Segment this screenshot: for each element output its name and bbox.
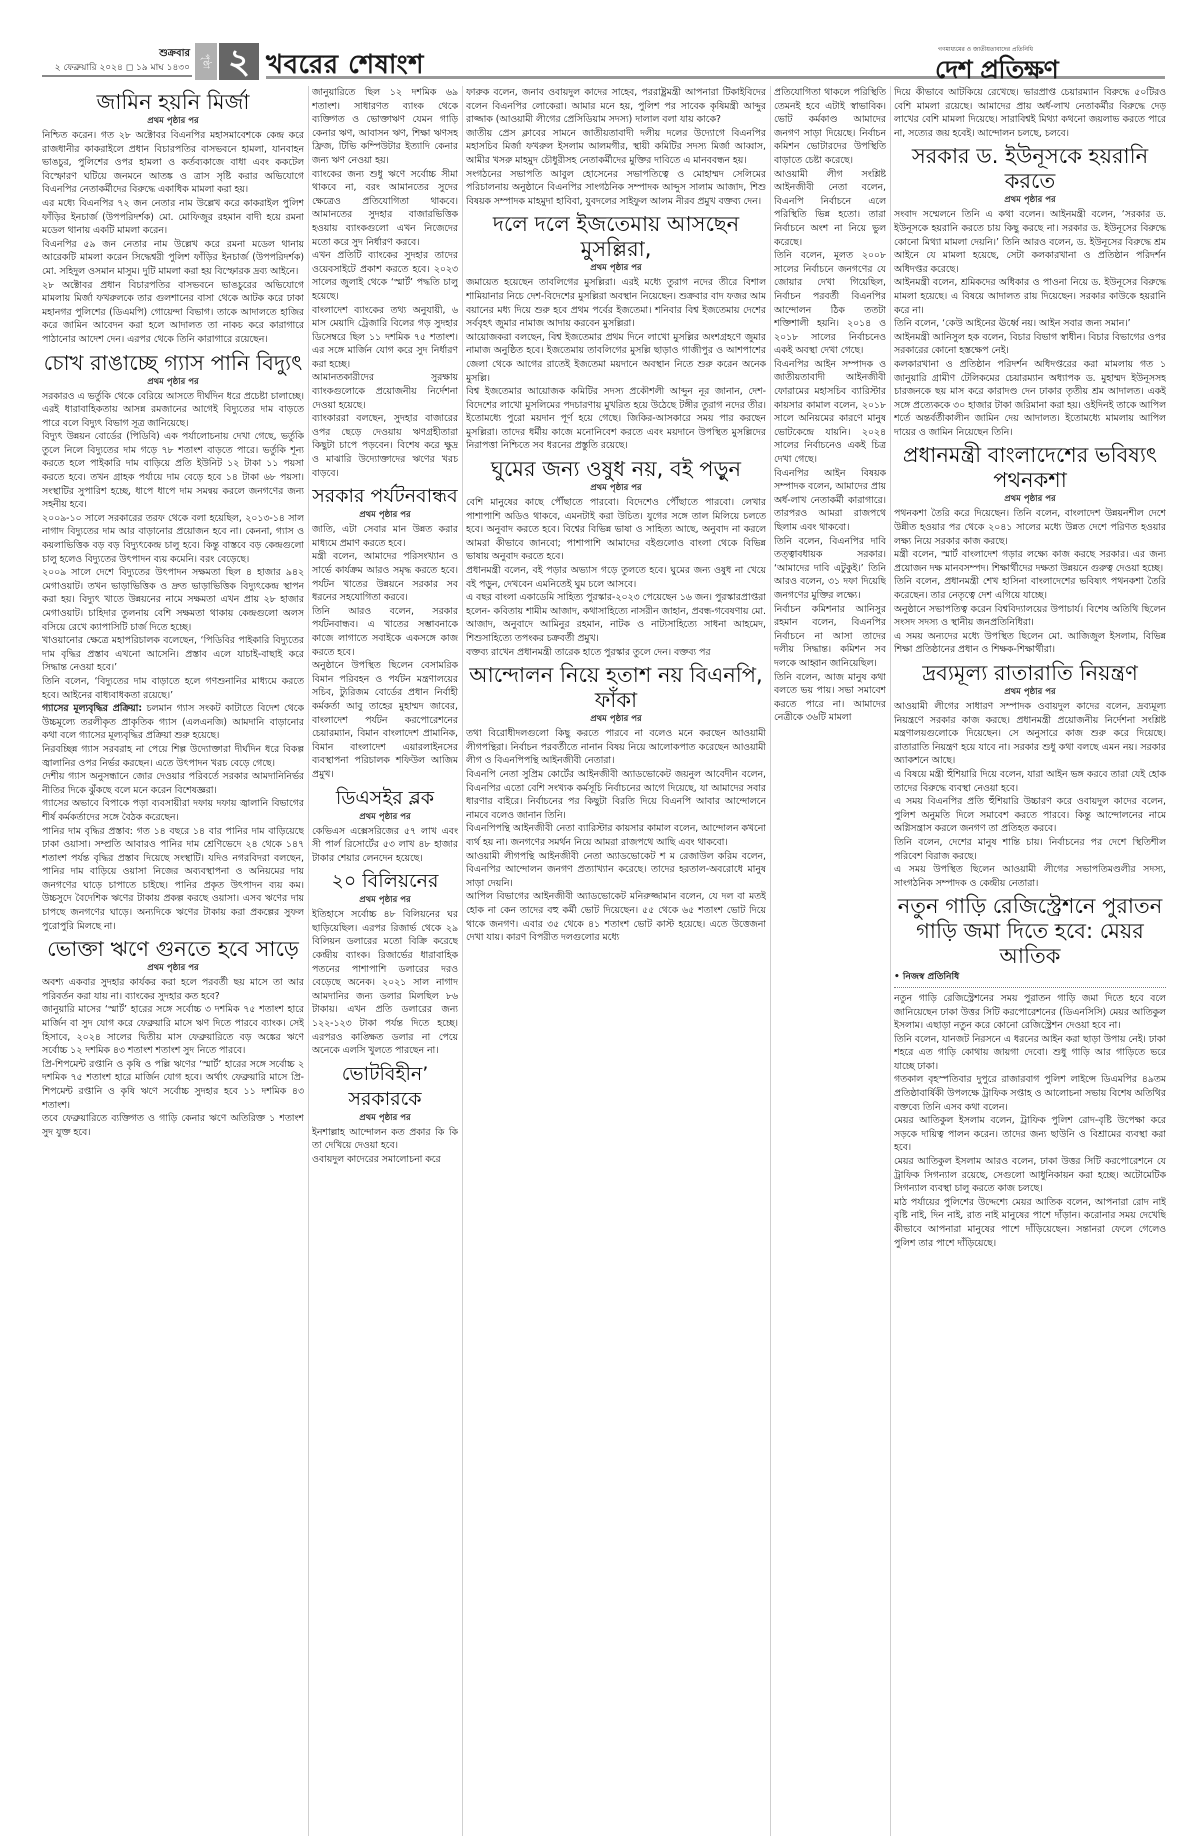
paragraph: তিনি আরও বলেন, সরকার পর্যটনবান্ধব। এ খাত…	[312, 605, 458, 659]
paragraph: প্রধানমন্ত্রী বলেন, বই পড়ার অভ্যাস গড়ে…	[466, 564, 766, 591]
story-prodhanmontri: প্রধানমন্ত্রী বাংলাদেশের ভবিষ্যৎ পথনকশা …	[894, 443, 1166, 657]
paragraph: আপিল বিভাগের আইনজীবী অ্যাডভোকেট মনিরুজ্জ…	[466, 890, 766, 944]
headline: চোখ রাঙাচ্ছে গ্যাস পানি বিদ্যুৎ	[42, 351, 304, 376]
paragraph: বিএনপিপন্থি আইনজীবী নেতা ব্যারিস্টার কায…	[466, 822, 766, 849]
continuation-label: প্রথম পৃষ্ঠার পর	[466, 262, 766, 274]
paragraph: মন্ত্রী বলেন, আমাদের পরিসংখ্যান ও সার্ভে…	[312, 550, 458, 604]
paragraph: তবে ফেব্রুয়ারিতে ব্যক্তিগত ও গাড়ি কেনা…	[42, 1112, 304, 1139]
paragraph: ইনশাল্লাহ আন্দোলন কত প্রকার কি কি তা দেখ…	[312, 1126, 458, 1153]
paragraph: এ বিষয়ে মন্ত্রী হুঁশিয়ারি দিয়ে বলেন, …	[894, 768, 1166, 795]
paragraph: কেভিএস এক্সেসরিজের ৫৭ লাখ এবং সী পার্ল র…	[312, 825, 458, 866]
story-gari: নতুন গাড়ি রেজিস্ট্রেশনে পুরাতন গাড়ি জম…	[894, 894, 1166, 1250]
paragraph: জানুয়ারিতে ছিল ১২ দশমিক ৬৯ শতাংশ। সাধার…	[312, 86, 458, 168]
continuation-label: প্রথম পৃষ্ঠার পর	[894, 194, 1166, 206]
continuation-label: প্রথম পৃষ্ঠার পর	[894, 493, 1166, 505]
column-divider	[770, 86, 771, 1836]
paragraph: নিরবচ্ছিন্ন গ্যাস সরবরাহ না পেয়ে শিল্প …	[42, 743, 304, 770]
paragraph: অবশ্য একবার সুদহার কার্যকর করা হলে পরবর্…	[42, 976, 304, 1003]
paragraph: ওবায়দুল কাদেরের সমালোচনা করে	[312, 1153, 458, 1167]
story-votebihin: ভোটবিহীন’ সরকারকে প্রথম পৃষ্ঠার পর ইনশাল…	[312, 1062, 458, 1167]
paragraph: বাংলাদেশ ব্যাংকের তথ্য অনুযায়ী, ৬ মাস ম…	[312, 304, 458, 372]
continuation-label: প্রথম পৃষ্ঠার পর	[466, 482, 766, 494]
paragraph: খাওয়ানোর ক্ষেত্রে মহাপরিচালক বলেছেন, ‘প…	[42, 634, 304, 675]
section-title: খবরের শেষাংশ	[266, 44, 424, 88]
paragraph: এ সময় অন্যদের মধ্যে উপস্থিত ছিলেন মো. আ…	[894, 630, 1166, 657]
story-mid-top: ফারুক বলেন, জনাব ওবায়দুল কাদের সাহেব, প…	[466, 86, 766, 208]
story-col2: জানুয়ারিতে ছিল ১২ দশমিক ৬৯ শতাংশ। সাধার…	[312, 86, 458, 480]
paragraph: তিনি বলেন, ‘বিদ্যুতের দাম বাড়াতে হলে গণ…	[42, 675, 304, 702]
paragraph: বিশ্ব ইজতেমার আয়োজক কমিটির সদস্য প্রকৌশ…	[466, 385, 766, 453]
headline: নতুন গাড়ি রেজিস্ট্রেশনে পুরাতন গাড়ি জম…	[894, 894, 1166, 969]
subhead: গ্যাসের মূল্যবৃদ্ধির প্রক্রিয়া:	[42, 703, 142, 714]
paragraph: কলকারখানা ও প্রতিষ্ঠান পরিদর্শন অধিদপ্তর…	[894, 358, 1166, 440]
page-number: ২	[219, 43, 259, 80]
page-label: পৃষ্ঠা	[195, 43, 217, 80]
paragraph: জাতি, এটা সেবার মান উন্নত করার মাধ্যমে প…	[312, 523, 458, 550]
story-ijtema: দলে দলে ইজতেমায় আসছেন মুসল্লিরা, প্রথম …	[466, 212, 766, 453]
paragraph: নির্বাচন কমিশনার আনিসুর রহমান বলেন, বিএন…	[774, 603, 886, 671]
headline: দলে দলে ইজতেমায় আসছেন মুসল্লিরা,	[466, 212, 766, 262]
paragraph: আমানতকারীদের সুরক্ষায় ব্যাংকগুলোকে প্রয…	[312, 371, 458, 412]
continuation-label: প্রথম পৃষ্ঠার পর	[312, 894, 458, 906]
continuation-label: প্রথম পৃষ্ঠার পর	[312, 1112, 458, 1124]
paragraph: ইতিহাসে সর্বোচ্চ ৪৮ বিলিয়নের ঘর ছাড়িয়…	[312, 908, 458, 1058]
continuation-label: প্রথম পৃষ্ঠার পর	[42, 115, 304, 127]
paragraph: আওয়ামী লীগ সংশ্লিষ্ট আইনজীবী নেতা বলেন,…	[774, 168, 886, 250]
paragraph: তিনি বলেন, দেশের মানুষ শান্তি চায়। নির্…	[894, 836, 1166, 863]
paragraph: আওয়ামী লীগপন্থি আইনজীবী নেতা অ্যাডভোকেট…	[466, 850, 766, 891]
column-2: জানুয়ারিতে ছিল ১২ দশমিক ৬৯ শতাংশ। সাধার…	[312, 86, 458, 1836]
headline: ডিএসইর ব্লক	[312, 786, 458, 811]
column-divider	[462, 86, 463, 1836]
continuation-label: প্রথম পৃষ্ঠার পর	[894, 686, 1166, 698]
paragraph: সংগঠনের সভাপতি আবুল হোসেনের সভাপতিত্বে ও…	[466, 168, 766, 209]
story-chokh: চোখ রাঙাচ্ছে গ্যাস পানি বিদ্যুৎ প্রথম পৃ…	[42, 351, 304, 934]
paragraph: মেয়র আতিকুল ইসলাম বলেন, ট্রাফিক পুলিশ র…	[894, 1114, 1166, 1155]
story-andolon: আন্দোলন নিয়ে হতাশ নয় বিএনপি, ফাঁকা প্র…	[466, 663, 766, 945]
paragraph: জাতীয় প্রেস ক্লাবের সামনে জাতীয়তাবাদী …	[466, 127, 766, 168]
paragraph: ২৮ অক্টোবর প্রধান বিচারপতির বাসভবনে ভাঙচ…	[42, 279, 304, 347]
headline: সরকার পর্যটনবান্ধব	[312, 484, 458, 509]
story-porjoton: সরকার পর্যটনবান্ধব প্রথম পৃষ্ঠার পর জাতি…	[312, 484, 458, 781]
paragraph: জমায়েত হয়েছেন তাবলিগের মুসল্লিরা। এরই …	[466, 276, 766, 330]
headline: দ্রব্যমূল্য রাতারাতি নিয়ন্ত্রণ	[894, 661, 1166, 686]
continuation-label: প্রথম পৃষ্ঠার পর	[312, 811, 458, 823]
paragraph: ফারুক বলেন, জনাব ওবায়দুল কাদের সাহেব, প…	[466, 86, 766, 127]
continuation-label: প্রথম পৃষ্ঠার পর	[42, 962, 304, 974]
column-divider	[890, 86, 891, 1836]
column-divider	[308, 86, 309, 1836]
story-right-top: দিয়ে কীভাবে আটকিয়ে রেখেছে। ভারপ্রাপ্ত …	[894, 86, 1166, 140]
paragraph: নতুন গাড়ি রেজিস্ট্রেশনের সময় পুরাতন গা…	[894, 992, 1166, 1033]
paragraph: বিএনপি নেতা সুপ্রিম কোর্টের আইনজীবী অ্যা…	[466, 768, 766, 822]
paragraph: তিনি বলেন, বিএনপির দাবি তত্ত্বাবধায়ক সর…	[774, 535, 886, 603]
paragraph: ২০০৯ সালে দেশে বিদ্যুতের উৎপাদন সক্ষমতা …	[42, 566, 304, 634]
paragraph: পানির দাম বৃদ্ধির প্রস্তাব: গত ১৪ বছরে ১…	[42, 825, 304, 934]
paragraph: প্রি-শিপমেন্ট রপ্তানি ও কৃষি ও পল্লি ঋণে…	[42, 1058, 304, 1112]
paragraph: মেয়র আতিকুল ইসলাম আরও বলেন, ঢাকা উত্তর …	[894, 1155, 1166, 1196]
story-dsi: ডিএসইর ব্লক প্রথম পৃষ্ঠার পর কেভিএস এক্স…	[312, 786, 458, 866]
paragraph: এর মধ্যে বিএনপির ৭২ জন নেতার নাম উল্লেখ …	[42, 197, 304, 238]
headline: ঘুমের জন্য ওষুধ নয়, বই পড়ুন	[466, 457, 766, 482]
headline: ২০ বিলিয়নের	[312, 869, 458, 894]
paragraph: এ বছর বাংলা একাডেমি সাহিত্য পুরস্কার-২০২…	[466, 591, 766, 645]
masthead: শুক্রবার ২ ফেব্রুয়ারি ২০২৪ ◻ ১৯ মাঘ ১৪৩…	[0, 0, 1200, 72]
paragraph: গতকাল বৃহস্পতিবার দুপুরে রাজারবাগ পুলিশ …	[894, 1073, 1166, 1114]
paragraph: জানুয়ারি মাসের ‘স্মার্ট’ হারের সঙ্গে সর…	[42, 1003, 304, 1057]
paragraph: এ সময় উপস্থিত ছিলেন আওয়ামী লীগের সভাপত…	[894, 863, 1166, 890]
paragraph: তিনি বলেন, ‘কেউ আইনের ঊর্ধ্বে নয়। আইন স…	[894, 317, 1166, 331]
paragraph: সংবাদ সম্মেলনে তিনি এ কথা বলেন। আইনমন্ত্…	[894, 208, 1166, 276]
continuation-label: প্রথম পৃষ্ঠার পর	[312, 509, 458, 521]
paragraph: বিএনপির আইন বিষয়ক সম্পাদক বলেন, আমাদের …	[774, 467, 886, 535]
paragraph: আইনমন্ত্রী আনিসুল হক বলেন, বিচার বিভাগ স…	[894, 331, 1166, 358]
paragraph: প্রতিযোগিতা থাকলে পরিস্থিতি তেমনই হবে এট…	[774, 86, 886, 168]
paragraph: বিএনপির আইন সম্পাদক ও জাতীয়তাবাদী আইনজী…	[774, 358, 886, 467]
paragraph: এ সময় বিএনপির প্রতি হুঁশিয়ারি উচ্চারণ …	[894, 795, 1166, 836]
paragraph: সরকারও এ ভর্তুকি থেকে বেরিয়ে আসতে দীর্ঘ…	[42, 390, 304, 431]
paragraph: আইনমন্ত্রী বলেন, শ্রমিকদের অধিকার ও পাওন…	[894, 276, 1166, 317]
paragraph: ব্যাংকাররা বলছেন, সুদহার বাজারের ওপর ছেড…	[312, 412, 458, 480]
paragraph: আয়োজকরা বলছেন, বিশ্ব ইজতেমার প্রথম দিনে…	[466, 331, 766, 385]
divider	[42, 75, 192, 77]
headline: সরকার ড. ইউনূসকে হয়রানি করতে	[894, 144, 1166, 194]
story-billion: ২০ বিলিয়নের প্রথম পৃষ্ঠার পর ইতিহাসে সর…	[312, 869, 458, 1058]
paragraph: দেশীয় গ্যাস অনুসন্ধানে জোর দেওয়ার পরিব…	[42, 770, 304, 797]
headline: জামিন হয়নি মির্জা	[42, 90, 304, 115]
story-ghum: ঘুমের জন্য ওষুধ নয়, বই পড়ুন প্রথম পৃষ্…	[466, 457, 766, 659]
paragraph: ব্যাংকের জন্য শুধু ঋণে সর্বোচ্চ সীমা থাক…	[312, 168, 458, 250]
paragraph: তিনি বলেন, যানজট নিরসনে এ ধরনের আইন করা …	[894, 1033, 1166, 1074]
byline-text: নিজস্ব প্রতিনিধি	[903, 972, 959, 982]
paragraph: তথা বিরোধীদলগুলো কিছু করতে পারবে না বলেও…	[466, 727, 766, 768]
paragraph: এখন প্রতিটি ব্যাংকের সুদহার তাদের ওয়েবস…	[312, 249, 458, 303]
paragraph: মাঠ পর্যায়ের পুলিশের উদ্দেশ্যে মেয়র আত…	[894, 1196, 1166, 1250]
column-4: প্রতিযোগিতা থাকলে পরিস্থিতি তেমনই হবে এট…	[774, 86, 886, 1836]
paragraph: দিয়ে কীভাবে আটকিয়ে রেখেছে। ভারপ্রাপ্ত …	[894, 86, 1166, 140]
paragraph: নিশ্চিত করেন। গত ২৮ অক্টোবর বিএনপির মহাস…	[42, 129, 304, 197]
column-3: ফারুক বলেন, জনাব ওবায়দুল কাদের সাহেব, প…	[466, 86, 766, 1836]
story-bhokta: ভোক্তা ঋণে গুনতে হবে সাড়ে প্রথম পৃষ্ঠার…	[42, 937, 304, 1139]
headline: প্রধানমন্ত্রী বাংলাদেশের ভবিষ্যৎ পথনকশা	[894, 443, 1166, 493]
paragraph: বিদ্যুৎ উন্নয়ন বোর্ডের (পিডিবি) এক পর্য…	[42, 430, 304, 512]
paragraph: অনুষ্ঠানে উপস্থিত ছিলেন বেসামরিক বিমান প…	[312, 659, 458, 781]
column-5: দিয়ে কীভাবে আটকিয়ে রেখেছে। ভারপ্রাপ্ত …	[894, 86, 1166, 1836]
continuation-label: প্রথম পৃষ্ঠার পর	[42, 376, 304, 388]
paragraph: তিনি বলেন, মূলত ২০০৮ সালের নির্বাচনে জনগ…	[774, 249, 886, 358]
paragraph: পথনকশা তৈরি করে দিয়েছেন। তিনি বলেন, বাং…	[894, 507, 1166, 548]
story-yunus: সরকার ড. ইউনূসকে হয়রানি করতে প্রথম পৃষ্…	[894, 144, 1166, 439]
story-drobbomullo: দ্রব্যমূল্য রাতারাতি নিয়ন্ত্রণ প্রথম পৃ…	[894, 661, 1166, 890]
headline: ভোক্তা ঋণে গুনতে হবে সাড়ে	[42, 937, 304, 962]
story-jamin: জামিন হয়নি মির্জা প্রথম পৃষ্ঠার পর নিশ্…	[42, 90, 304, 347]
issue-date: ২ ফেব্রুয়ারি ২০২৪ ◻ ১৯ মাঘ ১৪৩০	[40, 60, 190, 75]
paragraph: ২০০৯-১০ সালে সরকারের তরফ থেকে বলা হয়েছি…	[42, 512, 304, 566]
continuation-label: প্রথম পৃষ্ঠার পর	[466, 713, 766, 725]
paragraph: মন্ত্রী বলেন, স্মার্ট বাংলাদেশ গড়ার লক্…	[894, 548, 1166, 575]
paragraph: অনুষ্ঠানে সভাপতিত্ব করেন বিশ্ববিদ্যালয়ে…	[894, 603, 1166, 630]
story-andolon-cont: প্রতিযোগিতা থাকলে পরিস্থিতি তেমনই হবে এট…	[774, 86, 886, 725]
paragraph: তিনি বলেন, আজ মানুষ কথা বলতে ভয় পায়। স…	[774, 671, 886, 725]
paragraph: বক্তব্য রাখেন প্রধানমন্ত্রী তারেক হাতে প…	[466, 646, 766, 660]
paragraph: বিএনপির ৫৯ জন নেতার নাম উল্লেখ করে রমনা …	[42, 238, 304, 279]
paragraph: গ্যাসের মূল্যবৃদ্ধির প্রক্রিয়া: চলমান গ…	[42, 702, 304, 743]
paragraph: গ্যাসের অভাবে বিপাকে পড়া ব্যবসায়ীরা দফ…	[42, 797, 304, 824]
column-1: জামিন হয়নি মির্জা প্রথম পৃষ্ঠার পর নিশ্…	[42, 86, 304, 1836]
paragraph: তিনি বলেন, প্রধানমন্ত্রী শেখ হাসিনা বাংল…	[894, 575, 1166, 602]
headline: আন্দোলন নিয়ে হতাশ নয় বিএনপি, ফাঁকা	[466, 663, 766, 713]
headline: ভোটবিহীন’ সরকারকে	[312, 1062, 458, 1112]
paragraph: বেশি মানুষের কাছে পৌঁছাতে পারবো। বিদেশেও…	[466, 496, 766, 564]
divider	[894, 987, 1166, 988]
paragraph: আওয়ামী লীগের সাধারণ সম্পাদক ওবায়দুল কা…	[894, 700, 1166, 768]
byline: • নিজস্ব প্রতিনিধি	[894, 971, 1166, 985]
